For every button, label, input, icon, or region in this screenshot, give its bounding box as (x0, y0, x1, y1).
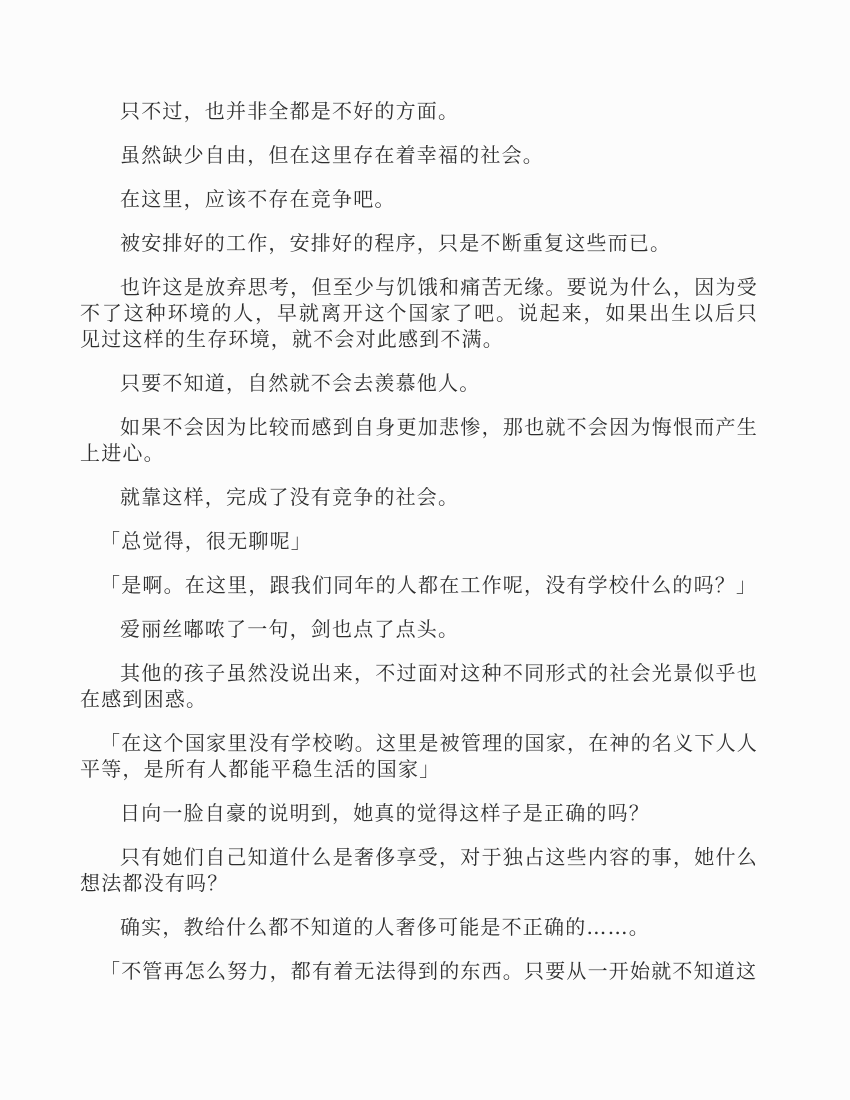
paragraph: 在这里，应该不存在竞争吧。 (80, 186, 758, 212)
paragraph: 也许这是放弃思考，但至少与饥饿和痛苦无缘。要说为什么，因为受不了这种环境的人，早… (80, 274, 758, 352)
paragraph: 就靠这样，完成了没有竞争的社会。 (80, 484, 758, 510)
document-page: 只不过，也并非全都是不好的方面。 虽然缺少自由，但在这里存在着幸福的社会。 在这… (0, 0, 850, 1100)
paragraph-dialogue: 「是啊。在这里，跟我们同年的人都在工作呢，没有学校什么的吗？」 (80, 572, 758, 598)
paragraph: 确实，教给什么都不知道的人奢侈可能是不正确的……。 (80, 914, 758, 940)
paragraph: 只要不知道，自然就不会去羡慕他人。 (80, 370, 758, 396)
paragraph: 日向一脸自豪的说明到，她真的觉得这样子是正确的吗？ (80, 800, 758, 826)
novel-text-block: 只不过，也并非全都是不好的方面。 虽然缺少自由，但在这里存在着幸福的社会。 在这… (80, 98, 758, 984)
paragraph: 如果不会因为比较而感到自身更加悲惨，那也就不会因为悔恨而产生上进心。 (80, 414, 758, 466)
paragraph: 虽然缺少自由，但在这里存在着幸福的社会。 (80, 142, 758, 168)
paragraph-dialogue: 「总觉得，很无聊呢」 (80, 528, 758, 554)
paragraph: 爱丽丝嘟哝了一句，剑也点了点头。 (80, 616, 758, 642)
paragraph: 只不过，也并非全都是不好的方面。 (80, 98, 758, 124)
paragraph-dialogue: 「不管再怎么努力，都有着无法得到的东西。只要从一开始就不知道这 (80, 958, 758, 984)
paragraph: 其他的孩子虽然没说出来，不过面对这种不同形式的社会光景似乎也在感到困惑。 (80, 660, 758, 712)
paragraph-dialogue: 「在这个国家里没有学校哟。这里是被管理的国家，在神的名义下人人平等，是所有人都能… (80, 730, 758, 782)
paragraph: 只有她们自己知道什么是奢侈享受，对于独占这些内容的事，她什么想法都没有吗？ (80, 844, 758, 896)
paragraph: 被安排好的工作，安排好的程序，只是不断重复这些而已。 (80, 230, 758, 256)
